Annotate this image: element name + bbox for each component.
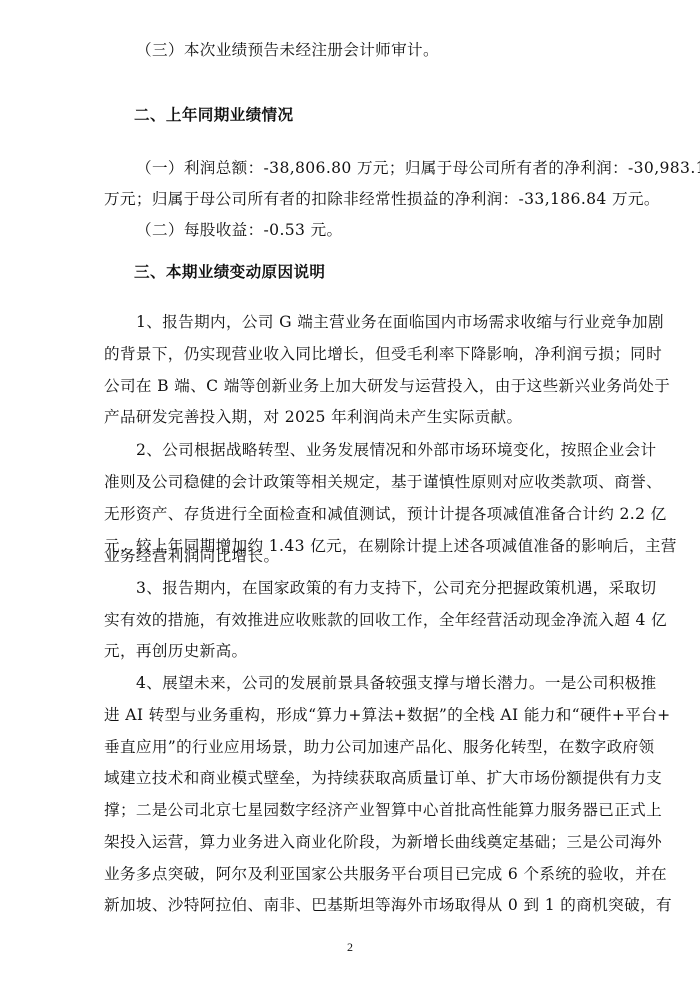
audit-note: （三）本次业绩预告未经注册会计师审计。 <box>136 40 439 60</box>
reason-2-line-5: 业务经营利润同比增长。 <box>104 546 279 566</box>
reason-2-line-2: 准则及公司稳健的会计政策等相关规定，基于谨慎性原则对应收类款项、商誉、 <box>104 472 662 492</box>
reason-2-line-1: 2、公司根据战略转型、业务发展情况和外部市场环境变化，按照企业会计 <box>136 440 656 460</box>
section-heading-change-reasons: 三、本期业绩变动原因说明 <box>134 262 325 282</box>
reason-1-line-2: 的背景下，仍实现营业收入同比增长，但受毛利率下降影响，净利润亏损；同时 <box>104 344 662 364</box>
reason-3-line-3: 元，再创历史新高。 <box>104 641 248 661</box>
prior-year-profit-line-1: （一）利润总额：-38,806.80 万元；归属于母公司所有者的净利润：-30,… <box>136 158 700 178</box>
reason-4-line-5: 撑；二是公司北京七星园数字经济产业智算中心首批高性能算力服务器已正式上 <box>104 800 662 820</box>
document-page: （三）本次业绩预告未经注册会计师审计。 二、上年同期业绩情况 （一）利润总额：-… <box>0 0 700 992</box>
reason-4-line-4: 域建立技术和商业模式壁垒，为持续获取高质量订单、扩大市场份额提供有力支 <box>104 768 662 788</box>
reason-1-line-1: 1、报告期内，公司 G 端主营业务在面临国内市场需求收缩与行业竞争加剧 <box>136 312 664 332</box>
reason-1-line-3: 公司在 B 端、C 端等创新业务上加大研发与运营投入，由于这些新兴业务尚处于 <box>104 376 670 396</box>
prior-year-profit-line-2: 万元；归属于母公司所有者的扣除非经常性损益的净利润：-33,186.84 万元。 <box>104 189 660 209</box>
reason-4-line-3: 垂直应用”的行业应用场景，助力公司加速产品化、服务化转型，在数字政府领 <box>104 737 654 757</box>
reason-2-line-3: 无形资产、存货进行全面检查和减值测试，预计计提各项减值准备合计约 2.2 亿 <box>104 504 667 524</box>
reason-4-line-8: 新加坡、沙特阿拉伯、南非、巴基斯坦等海外市场取得从 0 到 1 的商机突破，有 <box>104 895 672 915</box>
reason-4-line-6: 架投入运营，算力业务进入商业化阶段，为新增长曲线奠定基础；三是公司海外 <box>104 832 662 852</box>
reason-4-line-2: 进 AI 转型与业务重构，形成“算力+算法+数据”的全栈 AI 能力和“硬件+平… <box>104 705 671 725</box>
section-heading-prior-year: 二、上年同期业绩情况 <box>134 105 293 125</box>
page-number: 2 <box>0 940 700 955</box>
reason-3-line-1: 3、报告期内，在国家政策的有力支持下，公司充分把握政策机遇，采取切 <box>136 578 656 598</box>
reason-4-line-1: 4、展望未来，公司的发展前景具备较强支撑与增长潜力。一是公司积极推 <box>136 673 656 693</box>
reason-3-line-2: 实有效的措施，有效推进应收账款的回收工作，全年经营活动现金净流入超 4 亿 <box>104 610 667 630</box>
prior-year-eps: （二）每股收益：-0.53 元。 <box>136 220 342 240</box>
reason-1-line-4: 产品研发完善投入期，对 2025 年利润尚未产生实际贡献。 <box>104 407 522 427</box>
reason-4-line-7: 业务多点突破，阿尔及利亚国家公共服务平台项目已完成 6 个系统的验收，并在 <box>104 864 667 884</box>
